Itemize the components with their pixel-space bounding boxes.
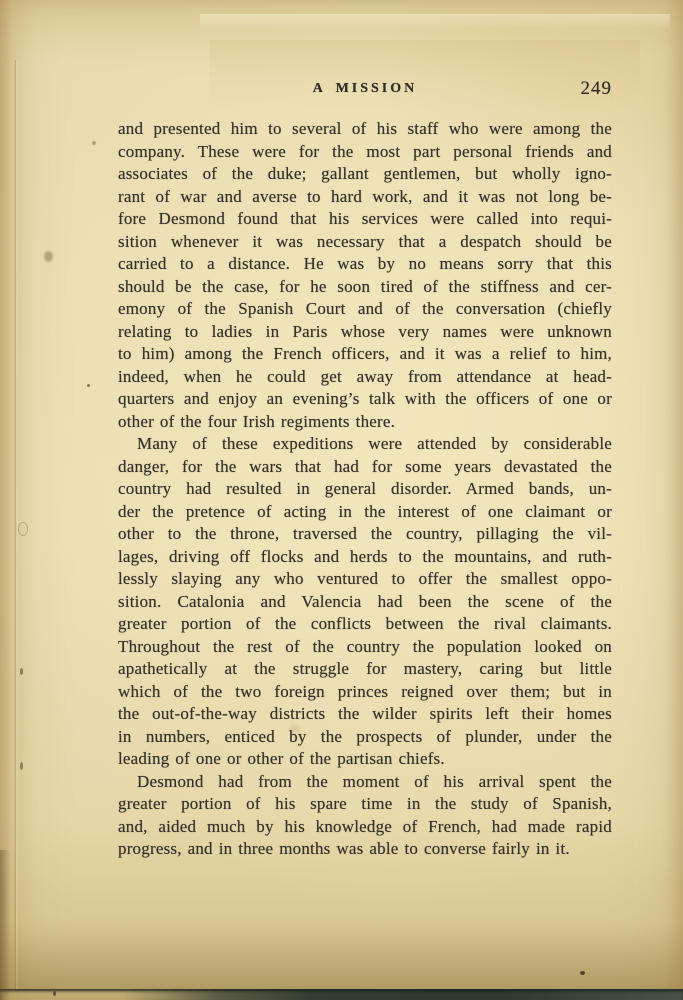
text-line: the out-of-the-way districts the wilder … [118,703,612,726]
paragraph: Desmond had from the moment of his arriv… [118,771,612,861]
text-line: company. These were for the most part pe… [118,141,612,164]
paper-speck [580,971,585,975]
text-line: sition whenever it was necessary that a … [118,231,612,254]
text-line: should be the case, for he soon tired of… [118,276,612,299]
text-line: Throughout the rest of the country the p… [118,636,612,659]
paper-speck [20,762,23,770]
text-line: quarters and enjoy an evening’s talk wit… [118,388,612,411]
text-line: relating to ladies in Paris whose very n… [118,321,612,344]
page-number: 249 [581,78,613,100]
text-line: lages, driving off flocks and herds to t… [118,546,612,569]
text-line: country had resulted in general disorder… [118,478,612,501]
text-line: and, aided much by his knowledge of Fren… [118,816,612,839]
text-line: apathetically at the struggle for master… [118,658,612,681]
text-line: indeed, when he could get away from atte… [118,366,612,389]
text-line: other of the four Irish regiments there. [118,411,612,434]
page-right-edge-shadow [663,0,683,1000]
paper-speck [44,251,53,262]
text-line: lessly slaying any who ventured to offer… [118,568,612,591]
paragraph: and presented him to several of his staf… [118,118,612,433]
text-line: other to the throne, traversed the count… [118,523,612,546]
text-line: associates of the duke; gallant gentleme… [118,163,612,186]
text-line: danger, for the wars that had for some y… [118,456,612,479]
text-line: greater portion of his spare time in the… [118,793,612,816]
paper-speck [53,991,56,996]
text-line: sition. Catalonia and Valencia had been … [118,591,612,614]
text-line: which of the two foreign princes reigned… [118,681,612,704]
text-line: progress, and in three months was able t… [118,838,612,861]
page-header: A MISSION 249 [118,81,612,101]
text-line: carried to a distance. He was by no mean… [118,253,612,276]
paper-speck [20,668,23,675]
bottom-page-shading [0,921,683,991]
book-page-scan: A MISSION 249 and presented him to sever… [0,0,683,1000]
text-line: Many of these expeditions were attended … [118,433,612,456]
binding-crease [14,60,18,990]
text-line: in numbers, enticed by the prospects of … [118,726,612,749]
text-line: greater portion of the conflicts between… [118,613,612,636]
text-line: der the pretence of acting in the intere… [118,501,612,524]
bottom-left-corner-shadow [0,850,10,1000]
running-title: A MISSION [118,81,612,97]
paper-blemish [18,522,28,536]
paper-speck [92,141,96,145]
book-edge-band [0,989,683,1000]
text-line: emony of the Spanish Court and of the co… [118,298,612,321]
paper-speck [87,384,90,387]
text-line: Desmond had from the moment of his arriv… [118,771,612,794]
scan-streak [200,14,670,30]
paragraph: Many of these expeditions were attended … [118,433,612,771]
text-block: and presented him to several of his staf… [118,118,612,861]
text-line: to him) among the French officers, and i… [118,343,612,366]
text-line: rant of war and averse to hard work, and… [118,186,612,209]
text-line: and presented him to several of his staf… [118,118,612,141]
text-line: fore Desmond found that his services wer… [118,208,612,231]
text-line: leading of one or other of the partisan … [118,748,612,771]
